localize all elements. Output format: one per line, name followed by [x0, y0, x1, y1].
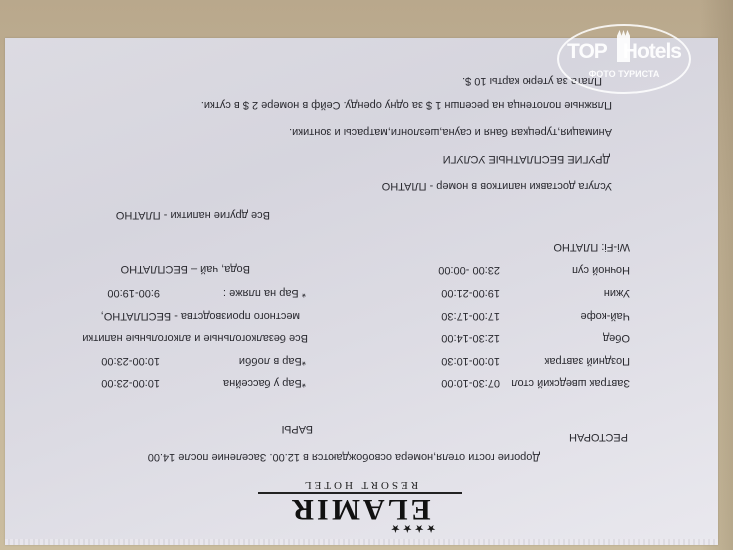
restaurant-time: 19:00-21:00	[441, 287, 500, 299]
watermark-brand-right: Hotels	[623, 40, 681, 63]
restaurant-heading: РЕСТОРАН	[569, 431, 628, 443]
logo-name: ELAMIR	[240, 494, 480, 524]
watermark-caption: ФОТО ТУРИСТА	[559, 69, 689, 79]
restaurant-time: 07:30-10:00	[441, 377, 500, 389]
bar-time: 10:00-23:00	[101, 377, 160, 389]
drinks-note: местного производства - БЕСПЛАТНО,	[101, 310, 300, 322]
checkout-notice: Дорогие гости отеля,номера освобождаются…	[148, 451, 540, 463]
restaurant-time: 10:00-10:30	[441, 355, 500, 367]
free-services-list: Анимация,турецкая баня и сауна,шезлонги,…	[289, 126, 612, 138]
bar-time: 10:00-23:00	[101, 355, 160, 367]
bars-heading: БАРЫ	[282, 423, 313, 435]
torn-edge	[5, 539, 718, 545]
logo-subtitle: RESORT HOTEL	[240, 479, 480, 491]
bar-time: 9:00-19:00	[107, 287, 160, 299]
water-tea-note: Вода, чай – БЕСПЛАТНО	[121, 263, 250, 275]
drinks-note: Все безалкогольные и алкогольные напитки	[82, 332, 308, 344]
restaurant-item: Поздний завтрак	[545, 355, 630, 367]
hotel-logo: ★★★★ ELAMIR RESORT HOTEL	[240, 478, 480, 538]
towels-safe-note: Пляжные полотенца на ресепшн 1 $ за одну…	[201, 99, 612, 111]
room-delivery-note: Услуга доставки напитков в номер - ПЛАТН…	[382, 180, 612, 192]
hotel-info-sheet: ★★★★ ELAMIR RESORT HOTEL Дорогие гости о…	[5, 38, 718, 545]
tophotels-watermark: TOPHotels ФОТО ТУРИСТА	[557, 24, 691, 94]
restaurant-item: Завтрак шведский стол	[511, 377, 630, 389]
watermark-brand: TOPHotels	[559, 40, 689, 64]
logo-divider	[258, 492, 462, 494]
bar-item: *Бар у бассейна	[223, 377, 306, 389]
restaurant-time: 23:00 -00:00	[438, 264, 500, 276]
other-drinks-note: Все другие напитки - ПЛАТНО	[116, 209, 270, 221]
restaurant-time: 12:30-14:00	[441, 332, 500, 344]
bar-item: *Бар в лобби	[239, 355, 306, 367]
bar-item: * Бар на пляже :	[223, 287, 306, 299]
watermark-brand-left: TOP	[567, 40, 607, 63]
restaurant-item: Чай-кофе	[581, 310, 630, 322]
free-services-heading: ДРУГИЕ БЕСПЛАТНЫЕ УСЛУГИ	[443, 153, 610, 165]
restaurant-time: 17:00-17:30	[441, 310, 500, 322]
restaurant-item: Ужин	[604, 287, 630, 299]
restaurant-item: Ночной суп	[572, 264, 630, 276]
wifi-note: Wi-Fi: ПЛАТНО	[553, 241, 630, 253]
restaurant-item: Обед	[603, 332, 630, 344]
